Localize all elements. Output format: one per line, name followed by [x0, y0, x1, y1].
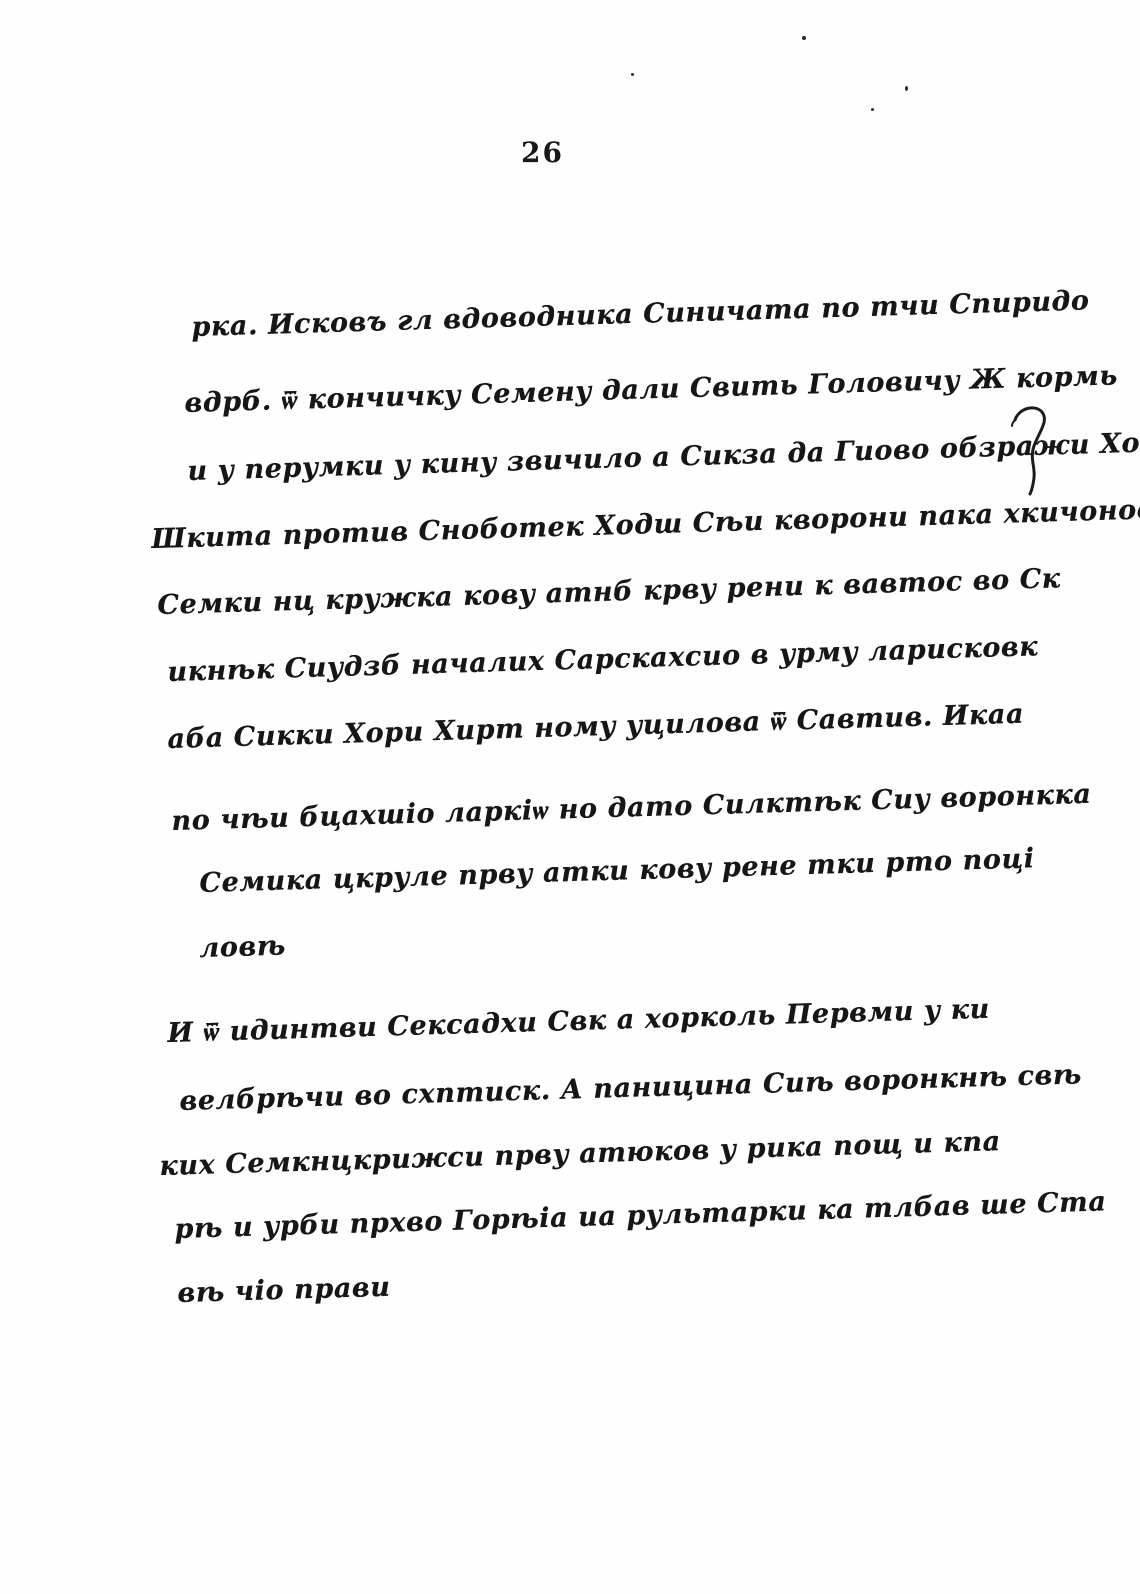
- manuscript-line: вѣ чіо прави: [177, 1272, 391, 1309]
- manuscript-line: аба Сикки Хори Хирт ному уцилова ѿ Савти…: [167, 699, 1024, 755]
- ink-speck: [631, 73, 634, 76]
- page-number: 26: [521, 136, 564, 169]
- manuscript-scan-page: 26 рка. Исковъ гл вдоводника Синичата по…: [0, 0, 1140, 1594]
- manuscript-line: Семика цкруле прву атки кову рене тки рт…: [199, 843, 1035, 899]
- manuscript-line: рѣ и урби прхво Горѣіа иа рультарки ка т…: [174, 1186, 1107, 1245]
- ink-speck: [871, 108, 874, 111]
- manuscript-line: икнѣк Сиудзб началих Сарскахсио в урму л…: [167, 631, 1039, 688]
- manuscript-line: рка. Исковъ гл вдоводника Синичата по тч…: [191, 285, 1090, 343]
- manuscript-line: ловѣ: [199, 930, 286, 964]
- ink-speck: [905, 86, 908, 91]
- manuscript-line: и у перумки у кину звичило а Сикза да Ги…: [187, 427, 1140, 487]
- manuscript-line: по чѣи бцахшіо ларкіѡ но дато Силктѣк Си…: [171, 779, 1092, 837]
- manuscript-line: велбрѣчи во схптиск. А паницина Сиѣ воро…: [179, 1059, 1082, 1117]
- manuscript-line: И ѿ идинтви Сексадхи Свк а хорколь Первм…: [167, 994, 990, 1049]
- ink-speck: [802, 36, 806, 40]
- manuscript-line: ких Семкнцкрижси прву атюков у рика пощ …: [159, 1126, 1001, 1182]
- manuscript-line: Семки нц кружка кову атнб крву рени к ва…: [157, 563, 1061, 621]
- manuscript-line: Шкита против Сноботек Ходш Сѣи кворони п…: [151, 493, 1140, 555]
- manuscript-line: вдрб. ѿ кончичку Семену дали Свить Голов…: [184, 360, 1118, 419]
- ink-squiggle-mark: [1005, 402, 1057, 498]
